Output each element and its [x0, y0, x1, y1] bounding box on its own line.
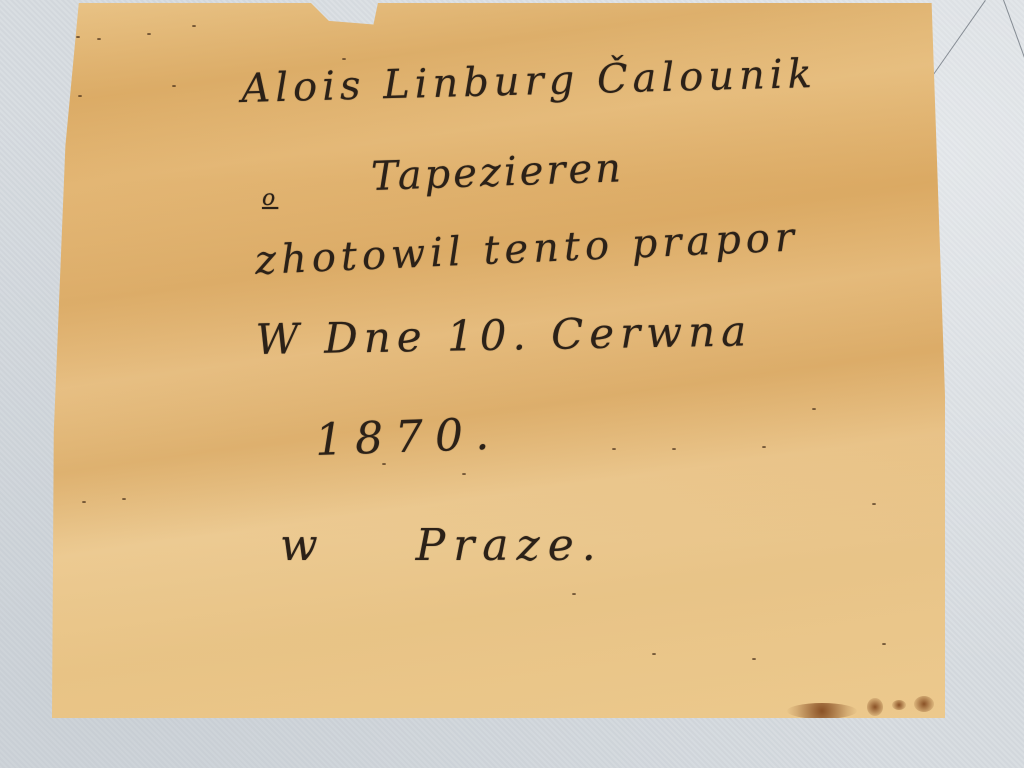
ink-speck — [97, 38, 101, 40]
ink-speck — [82, 501, 86, 503]
rust-stain — [914, 696, 934, 712]
handwritten-line-date: W Dne 10. Cerwna — [255, 306, 752, 364]
ink-speck — [122, 498, 126, 500]
handwritten-line-trade: Tapezieren — [370, 145, 624, 200]
background-crease-line — [933, 0, 985, 74]
ink-speck — [76, 36, 80, 38]
ink-speck — [812, 408, 816, 410]
rust-stain — [787, 703, 857, 719]
rust-stain — [892, 700, 906, 710]
ink-speck — [78, 95, 82, 97]
place-name: Praze. — [416, 520, 604, 571]
ink-speck — [612, 448, 616, 450]
ink-speck — [147, 33, 151, 35]
ink-speck — [762, 446, 766, 448]
ink-speck — [752, 658, 756, 660]
background-crease-line — [1003, 0, 1024, 66]
place-prefix: w — [280, 520, 326, 571]
ink-speck — [172, 85, 176, 87]
handwritten-line-prefix: o — [262, 186, 278, 211]
handwritten-line-year: 1870. — [314, 409, 502, 466]
ink-speck — [192, 25, 196, 27]
ink-speck — [572, 593, 576, 595]
aged-paper-note — [52, 3, 945, 718]
ink-speck — [462, 473, 466, 475]
ink-speck — [652, 653, 656, 655]
handwritten-line-place: wPraze. — [280, 520, 604, 571]
ink-speck — [872, 503, 876, 505]
ink-speck — [672, 448, 676, 450]
ink-speck — [342, 58, 346, 60]
rust-stain — [867, 698, 883, 716]
ink-speck — [882, 643, 886, 645]
